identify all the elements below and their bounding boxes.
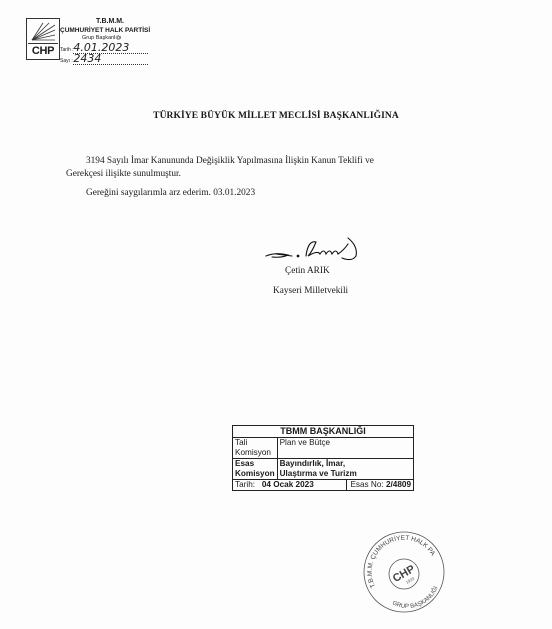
paragraph-1-line-2: Gerekçesi ilişikte sunulmuştur.	[66, 168, 426, 181]
signer-name: Çetin ARIK	[285, 265, 330, 278]
value-line: Plan ve Bütçe	[280, 438, 411, 448]
chp-logo: CHP	[26, 18, 60, 60]
value-line: Bayındırlık, İmar,	[280, 459, 411, 469]
stamp-number-row: Sayı : 2434	[60, 54, 148, 65]
round-stamp-center: CHP	[391, 563, 417, 585]
chp-arrows-icon	[29, 21, 57, 43]
document-page: CHP T.B.M.M. ÇUMHURİYET HALK PARTİSİ Gru…	[0, 0, 552, 629]
chp-round-stamp-icon: T.B.M.M. ÇUMHURİYET HALK PARTİSİ GRUP BA…	[362, 530, 446, 614]
row-label-esas: Esas Komisyon	[233, 459, 278, 480]
paragraph-1-line-1: 3194 Sayılı İmar Kanununda Değişiklik Ya…	[66, 155, 426, 168]
stamp-number-label: Sayı :	[60, 58, 72, 64]
body-paragraph-1: 3194 Sayılı İmar Kanununda Değişiklik Ya…	[66, 155, 426, 180]
esas-label: Esas No:	[350, 480, 383, 489]
esas-value: 2/4809	[386, 480, 411, 489]
row-value-tali: Plan ve Bütçe	[277, 438, 413, 459]
table-row: Esas Komisyon Bayındırlık, İmar, Ulaştır…	[233, 459, 414, 480]
chp-logo-text: CHP	[28, 43, 58, 58]
stamp-party: ÇUMHURİYET HALK PARTİSİ	[60, 27, 150, 34]
chp-receipt-stamp: CHP T.B.M.M. ÇUMHURİYET HALK PARTİSİ Gru…	[18, 10, 153, 66]
date-value: 04 Ocak 2023	[262, 480, 314, 489]
stamp-tbmm: T.B.M.M.	[80, 18, 140, 25]
signature-icon	[262, 232, 367, 264]
label-line: Tali	[235, 438, 275, 448]
footer-date: Tarih: 04 Ocak 2023	[235, 480, 314, 490]
value-line: Ulaştırma ve Turizm	[280, 469, 411, 479]
stamp-number-value: 2434	[73, 54, 148, 65]
label-line: Komisyon	[235, 448, 275, 458]
registration-header: TBMM BAŞKANLIĞI	[233, 426, 414, 438]
registration-footer: Tarih: 04 Ocak 2023 Esas No: 2/4809	[233, 480, 414, 491]
label-line: Komisyon	[235, 469, 275, 479]
label-line: Esas	[235, 459, 275, 469]
date-label: Tarih:	[235, 480, 255, 489]
body-paragraph-2: Gereğini saygılarımla arz ederim. 03.01.…	[86, 187, 255, 200]
document-title: TÜRKİYE BÜYÜK MİLLET MECLİSİ BAŞKANLIĞIN…	[0, 111, 552, 121]
signer-title: Kayseri Milletvekili	[273, 285, 348, 298]
table-row: Tali Komisyon Plan ve Bütçe	[233, 438, 414, 459]
row-label-tali: Tali Komisyon	[233, 438, 278, 459]
footer-esas: Esas No: 2/4809	[346, 480, 411, 490]
registration-table: TBMM BAŞKANLIĞI Tali Komisyon Plan ve Bü…	[232, 425, 414, 491]
stamp-date-label: Tarih :	[60, 47, 72, 53]
row-value-esas: Bayındırlık, İmar, Ulaştırma ve Turizm	[277, 459, 413, 480]
